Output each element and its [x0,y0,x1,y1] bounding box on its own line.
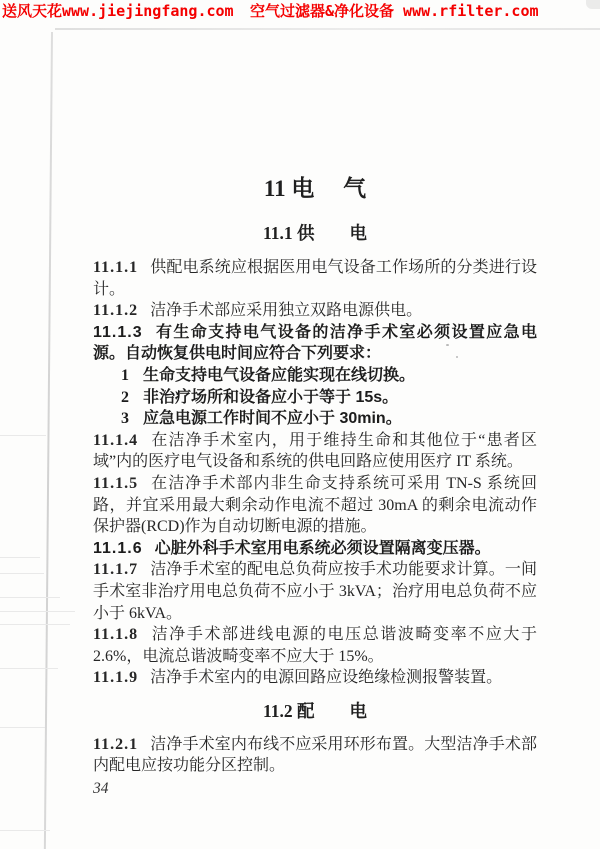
item-number: 1 [121,365,143,387]
clause-number: 11.1.5 [93,475,138,492]
clause-number: 11.1.8 [93,626,138,643]
chapter-title: 11 电 气 [93,176,537,202]
item-number: 2 [121,387,143,409]
clause-number: 11.1.2 [93,302,138,319]
header-watermark-right: 空气过滤器&净化设备 www.rfilter.com [250,3,539,20]
scan-artifact-line [0,573,44,574]
scan-artifact-line [0,597,60,598]
clause-11-1-3: 11.1.3有生命支持电气设备的洁净手术室必须设置应急电源。自动恢复供电时间应符… [93,322,537,365]
scan-artifact-line [0,435,46,436]
clause-11-1-1: 11.1.1供配电系统应根据医用电气设备工作场所的分类进行设计。 [93,257,537,300]
clause-11-1-5: 11.1.5在洁净手术部内非生命支持系统可采用 TN-S 系统回路，并宜采用最大… [93,473,537,538]
clause-text: 在洁净手术部内非生命支持系统可采用 TN-S 系统回路，并宜采用最大剩余动作电流… [93,475,537,535]
item-text: 应急电源工作时间不应小于 30min。 [143,410,402,427]
scan-artifact-top-edge [55,28,600,30]
section-title-11-2: 11.2 配 电 [93,701,537,721]
clause-11-1-6: 11.1.6心脏外科手术室用电系统必须设置隔离变压器。 [93,538,537,560]
scan-artifact-line [0,624,70,625]
section-title-11-1: 11.1 供 电 [93,223,537,243]
clause-text: 在洁净手术室内，用于维持生命和其他位于“患者区域”内的医疗电气设备和系统的供电回… [93,432,537,471]
clause-text: 洁净手术室的配电总负荷应按手术功能要求计算。一间手术室非治疗用电总负荷不应小于 … [93,561,537,621]
clause-text: 有生命支持电气设备的洁净手术室必须设置应急电源。自动恢复供电时间应符合下列要求： [93,324,537,363]
scan-artifact-line [0,611,75,612]
scan-artifact-line [0,557,40,558]
clause-11-1-8: 11.1.8洁净手术部进线电源的电压总谐波畸变率不应大于 2.6%，电流总谐波畸… [93,624,537,667]
item-number: 3 [121,408,143,430]
clause-11-2-1: 11.2.1洁净手术室内布线不应采用环形布置。大型洁净手术部内配电应按功能分区控… [93,734,537,777]
scan-artifact-line [0,727,45,728]
scan-artifact-left-edge [44,32,53,849]
clause-number: 11.1.4 [93,432,138,449]
clause-text: 供配电系统应根据医用电气设备工作场所的分类进行设计。 [93,259,537,298]
list-item-1: 1生命支持电气设备应能实现在线切换。 [93,365,537,387]
item-text: 生命支持电气设备应能实现在线切换。 [143,367,415,384]
header-watermark-left: 送风天花www.jiejingfang.com [2,3,234,20]
clause-text: 洁净手术部进线电源的电压总谐波畸变率不应大于 2.6%，电流总谐波畸变率不应大于… [93,626,537,665]
clause-number: 11.1.6 [93,540,143,557]
scan-artifact-corner-smudge [586,0,600,9]
clause-number: 11.1.3 [93,324,143,341]
scan-artifact-line [0,668,58,669]
clause-11-1-2: 11.1.2洁净手术部应采用独立双路电源供电。 [93,300,537,322]
clause-11-1-7: 11.1.7洁净手术室的配电总负荷应按手术功能要求计算。一间手术室非治疗用电总负… [93,559,537,624]
clause-text: 心脏外科手术室用电系统必须设置隔离变压器。 [155,540,491,557]
clause-text: 洁净手术室内的电源回路应设绝缘检测报警装置。 [150,669,502,686]
item-text: 非治疗场所和设备应小于等于 15s。 [143,389,398,406]
scan-artifact-line [0,830,50,831]
clause-text: 洁净手术室内布线不应采用环形布置。大型洁净手术部内配电应按功能分区控制。 [93,736,537,775]
clause-11-1-9: 11.1.9洁净手术室内的电源回路应设绝缘检测报警装置。 [93,667,537,689]
page-number: 34 [93,780,537,798]
clause-11-1-4: 11.1.4在洁净手术室内，用于维持生命和其他位于“患者区域”内的医疗电气设备和… [93,430,537,473]
clause-number: 11.1.1 [93,259,138,276]
clause-text: 洁净手术部应采用独立双路电源供电。 [150,302,422,319]
list-item-3: 3应急电源工作时间不应小于 30min。 [93,408,537,430]
clause-number: 11.2.1 [93,736,138,753]
list-item-2: 2非治疗场所和设备应小于等于 15s。 [93,387,537,409]
clause-number: 11.1.7 [93,561,138,578]
clause-number: 11.1.9 [93,669,138,686]
document-content: 11 电 气 11.1 供 电 11.1.1供配电系统应根据医用电气设备工作场所… [93,176,537,798]
